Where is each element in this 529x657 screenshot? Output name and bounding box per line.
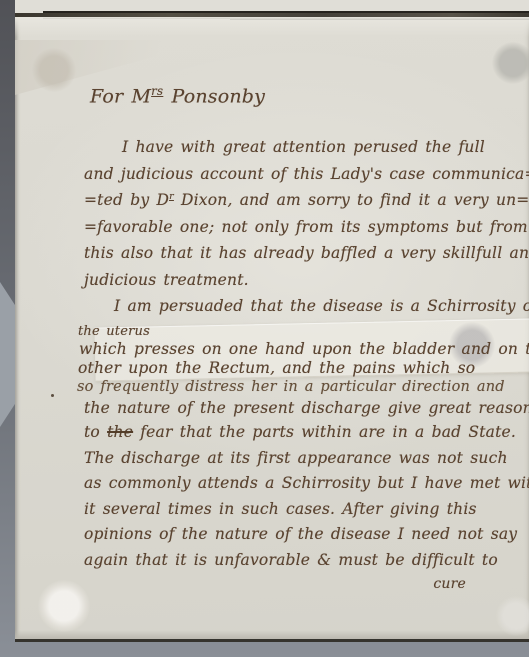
text-segment: again that it is unfavorable & must be d… [84,551,498,569]
text-segment: For M [90,85,151,107]
superscript: rs [151,84,163,98]
text-segment: cure [433,576,466,592]
manuscript-line: it several times in such cases. After gi… [84,500,524,526]
text-segment: Ponsonby [163,85,265,107]
stray-ink-dot [51,394,54,397]
manuscript-line: as commonly attends a Schirrosity but I … [84,474,524,500]
text-segment: I have with great attention perused the … [122,138,485,156]
adhesive-mark-bottom-left [38,580,90,632]
fold-highlight-band [15,17,529,37]
text-segment: to [84,423,107,441]
page-bottom-shadow [15,630,529,639]
text-segment: the uterus [78,324,150,339]
text-segment: I am persuaded that the disease is a Sch… [114,297,529,315]
text-segment: this also that it has already baffled a … [84,244,529,262]
page-bottom-edge [15,639,529,642]
manuscript-line: judicious treatment. [84,271,524,298]
manuscript-line: and judicious account of this Lady's cas… [84,165,524,192]
text-segment: =favorable one; not only from its sympto… [84,218,528,236]
letter-body: For Mrs PonsonbyI have with great attent… [84,84,524,600]
text-segment: which presses on one hand upon the bladd… [79,340,529,358]
adhesive-mark-top-right [492,42,529,84]
text-segment: other upon the Rectum, and the pains whi… [78,359,475,377]
manuscript-line: The discharge at its first appearance wa… [84,449,524,475]
manuscript-line: so frequently distress her in a particul… [77,379,524,400]
manuscript-line: I am persuaded that the disease is a Sch… [84,297,524,324]
catchword-line: cure [84,576,524,600]
text-segment: as commonly attends a Schirrosity but I … [84,474,529,492]
manuscript-line: =ted by Dr Dixon, and am sorry to find i… [84,191,524,218]
manuscript-line: the nature of the present discharge give… [84,399,524,423]
manuscript-line: this also that it has already baffled a … [84,244,524,271]
page-top-strip [15,0,529,13]
text-segment: opinions of the nature of the disease I … [84,525,517,543]
manuscript-line: I have with great attention perused the … [84,138,524,165]
slip-line: other upon the Rectum, and the pains whi… [78,359,524,379]
text-segment: so frequently distress her in a particul… [77,379,505,395]
manuscript-line: again that it is unfavorable & must be d… [84,551,524,577]
text-segment: and judicious account of this Lady's cas… [84,165,529,183]
text-segment: Dixon, and am sorry to find it a very un… [174,191,529,209]
manuscript-line: opinions of the nature of the disease I … [84,525,524,551]
slip-line: which presses on one hand upon the bladd… [79,340,524,359]
text-segment: The discharge at its first appearance wa… [84,449,508,467]
text-segment: =ted by D [84,191,169,209]
text-segment: judicious treatment. [84,271,249,289]
manuscript-line: to the fear that the parts within are in… [84,423,524,449]
salutation-line: For Mrs Ponsonby [90,84,524,112]
struck-word: the [107,423,133,441]
scanned-letter-photograph: { "colors": { "bg-top": "#515257", "bg-b… [0,0,529,657]
text-segment: the nature of the present discharge give… [84,399,529,417]
inserted-line: the uterus [78,324,524,340]
adhesive-mark-bottom-right [496,596,529,636]
text-segment: it several times in such cases. After gi… [84,500,477,518]
text-segment: fear that the parts within are in a bad … [133,423,516,441]
manuscript-line: =favorable one; not only from its sympto… [84,218,524,245]
adhesive-mark-top-left [32,48,76,92]
